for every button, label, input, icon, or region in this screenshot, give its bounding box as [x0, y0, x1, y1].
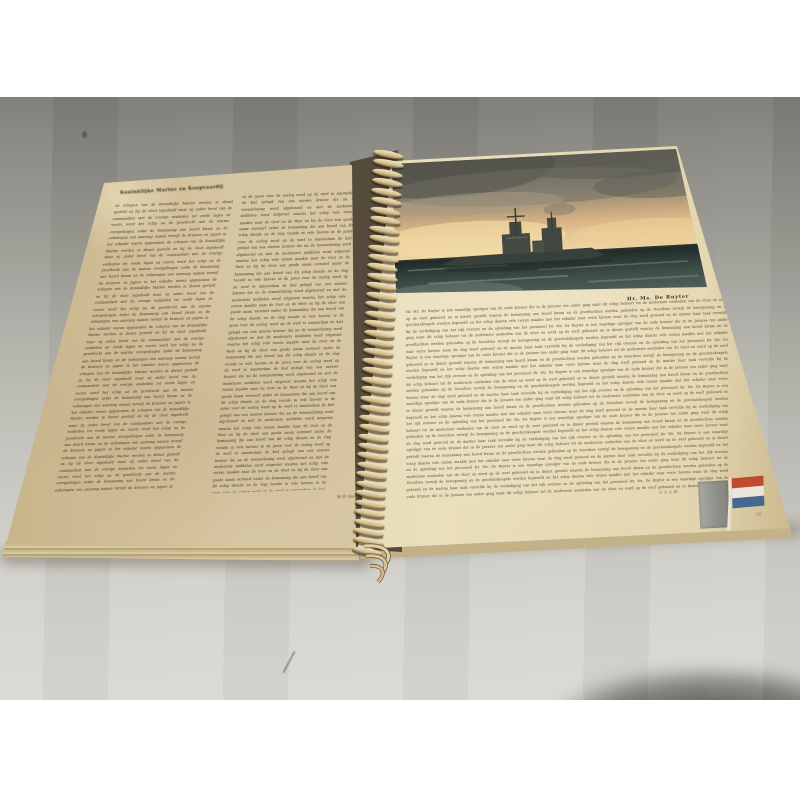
- left-chapter-heading: Koninklijke Marine en Koopvaardij: [120, 184, 242, 196]
- flag-stripe-blue: [732, 496, 764, 509]
- left-text-column-2: in de jaren voor de oorlog werd op de we…: [212, 190, 357, 493]
- right-body-text: Hr. Ms. De Ruyter is een waardige opvolg…: [406, 297, 728, 501]
- photo-of-open-book: Koninklijke Marine en Koopvaardij de sch…: [0, 0, 800, 800]
- right-author-initials: C. L. v. W.: [610, 489, 678, 496]
- right-page-number: 29: [756, 511, 761, 516]
- coil-tail-end: [357, 543, 399, 585]
- ship-silhouette-block: [698, 480, 730, 529]
- netherlands-flag-icon: [732, 476, 765, 509]
